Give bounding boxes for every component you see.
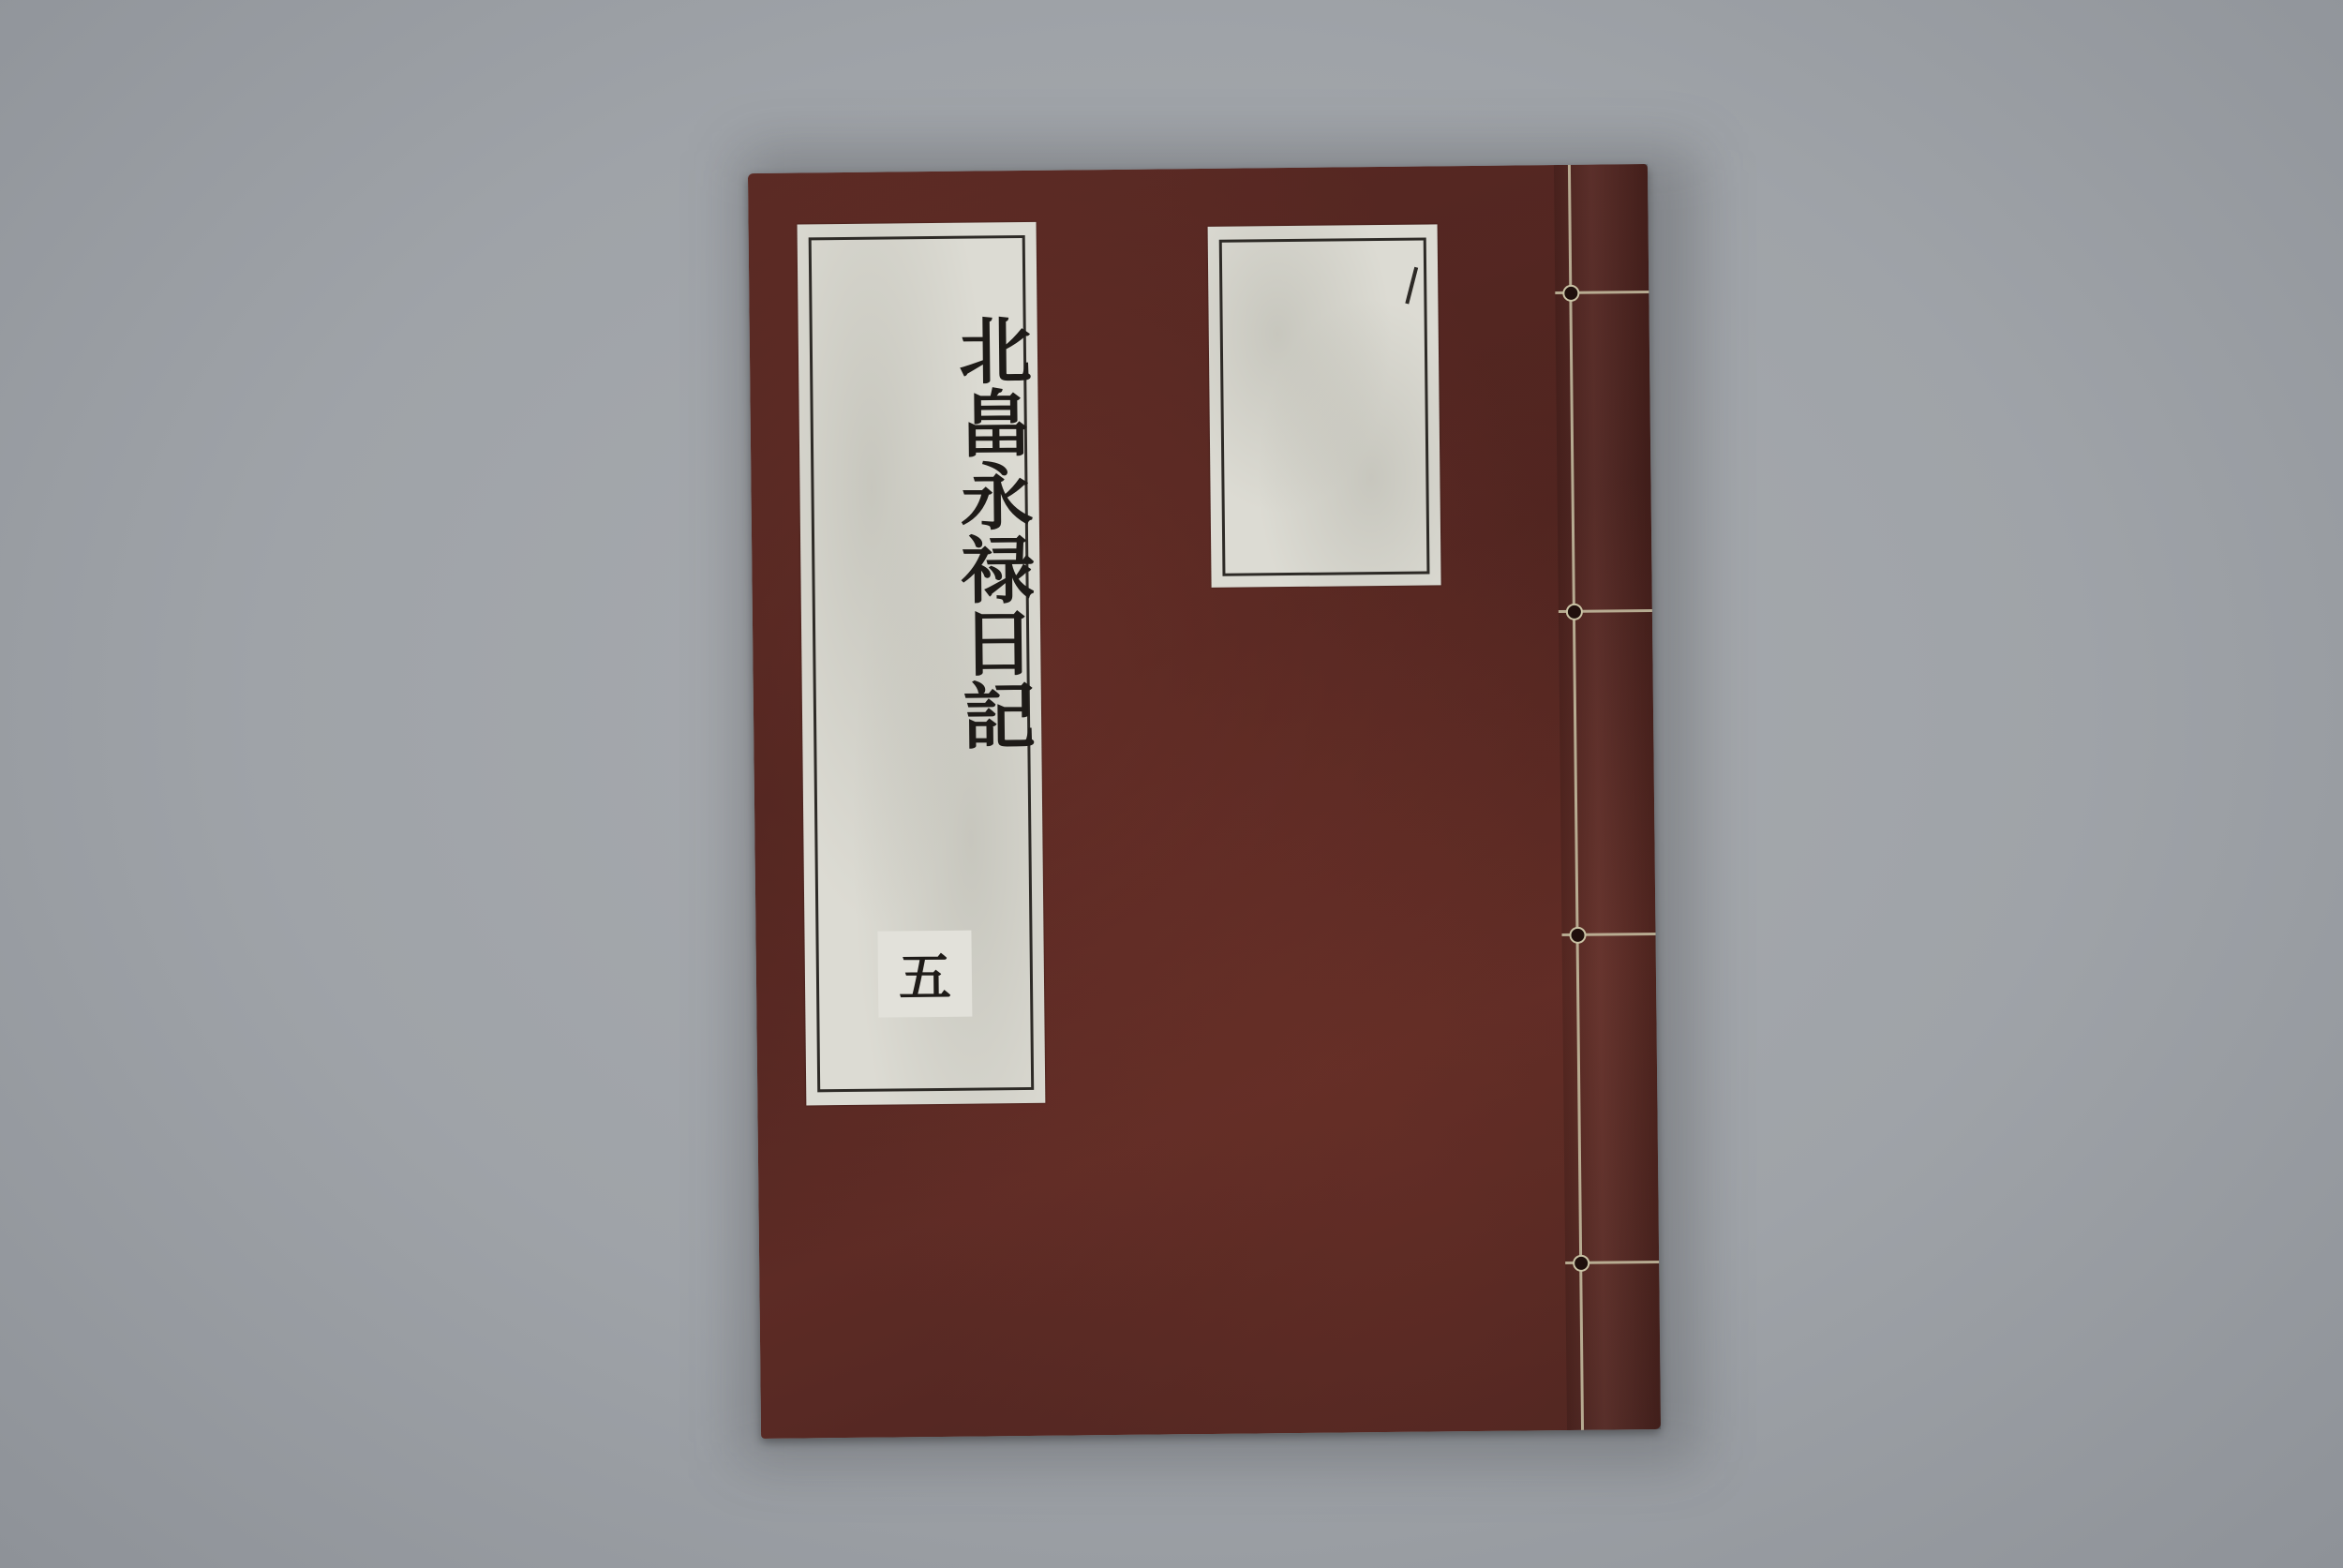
title-label: 北畠永禄日記 五 [798, 222, 1046, 1106]
binding-hole [1569, 927, 1586, 944]
binding-hole [1562, 285, 1579, 302]
book-title: 北畠永禄日記 [798, 269, 1042, 797]
binding-hole [1566, 604, 1583, 620]
secondary-label-frame [1219, 237, 1430, 575]
binding-hole [1573, 1255, 1589, 1272]
secondary-label [1208, 224, 1441, 588]
book-cover: 北畠永禄日記 五 [748, 164, 1661, 1439]
volume-number: 五 [877, 931, 972, 1018]
